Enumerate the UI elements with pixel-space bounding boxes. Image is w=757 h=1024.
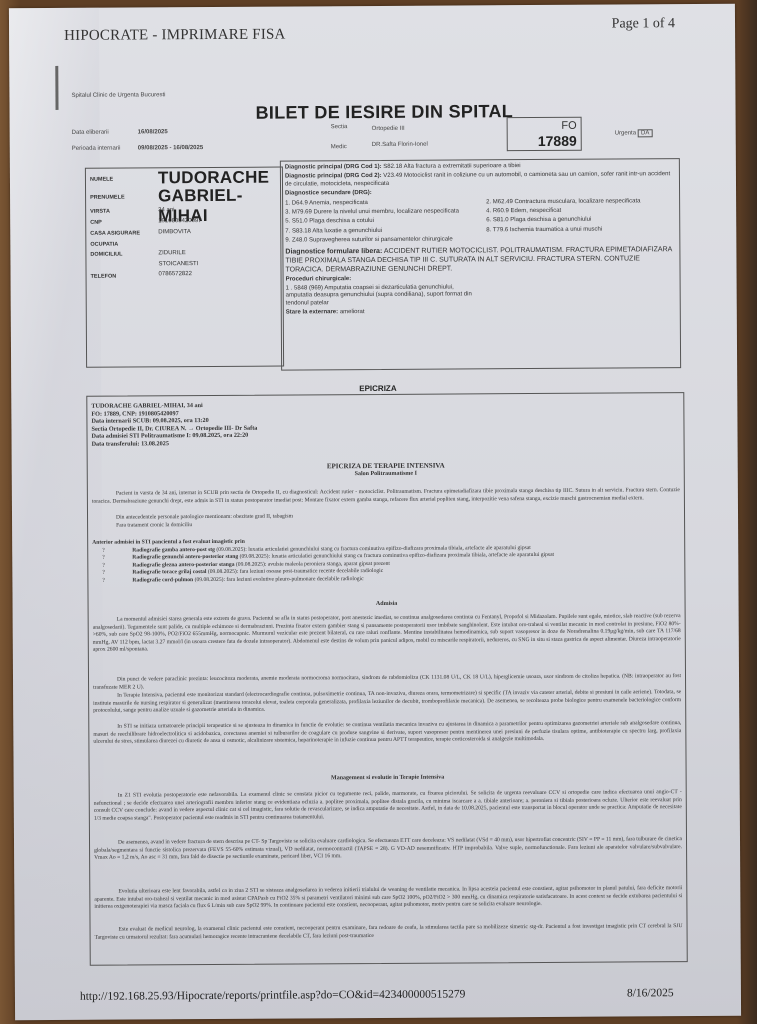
footer-url: http://192.168.25.93/Hipocrate/reports/p… xyxy=(80,988,465,1002)
urgency: UrgentaDA xyxy=(615,130,653,136)
binder-mark xyxy=(55,66,58,110)
admission-paragraph: La momentul admisiei starea generala est… xyxy=(93,613,681,654)
secondary-diagnostic: 9. Z48.0 Supravegherea suturilor si pans… xyxy=(285,237,474,246)
admission-paragraph: In Terapie Intensiva, pacientul este mon… xyxy=(93,689,681,715)
field-label: OCUPATIA xyxy=(90,242,118,248)
field-label: TELEFON xyxy=(91,274,117,280)
field-label: PRENUMELE xyxy=(90,195,125,201)
secondary-diagnostic: 3. M79.69 Durere la nivelul unui membru,… xyxy=(285,208,474,217)
imaging-list: Anterior admisiei in STI pancientul a fo… xyxy=(92,536,680,585)
epicriza-header: TUDORACHE GABRIEL-MIHAI, 34 ani FO: 1788… xyxy=(91,402,257,448)
procedures: 1 . 5848 (969) Amputatia coapsei si deza… xyxy=(286,284,481,307)
period: 09/08/2025 - 16/08/2025 xyxy=(138,145,203,151)
management-paragraph: Este evaluat de medicul neurolog, la exa… xyxy=(95,923,683,942)
page-indicator: Page 1 of 4 xyxy=(612,16,675,32)
epicriza-box: TUDORACHE GABRIEL-MIHAI, 34 ani FO: 1788… xyxy=(86,392,687,966)
fo-label: FO xyxy=(508,120,577,133)
app-title: HIPOCRATE - IMPRIMARE FISA xyxy=(64,27,286,45)
secondary-diagnostic xyxy=(486,235,675,244)
fo-number: 17889 xyxy=(508,133,577,149)
diagnostics-box: Diagnostic principal (DRG Cod 1): S82.18… xyxy=(280,158,681,370)
intro-paragraph: Pacient in varsta de 34 ani, internat in… xyxy=(92,487,680,506)
field-label: NUMELE xyxy=(90,177,113,183)
secondary-diagnostic: 6. S81.0 Plaga deschisa a genunchiului xyxy=(486,217,675,226)
field-label: VIRSTA xyxy=(90,209,110,215)
doctor: DR.Safta Florin-Ionel xyxy=(372,142,428,148)
field-label: DOMICILIUL xyxy=(90,252,122,258)
secondary-diagnostic: 4. R60.9 Edem, nespecificat xyxy=(486,207,675,216)
section: Ortopedie III xyxy=(372,126,405,132)
document-title: BILET DE IESIRE DIN SPITAL xyxy=(255,101,513,124)
management-title: Management si evolutie in Terapie Intens… xyxy=(90,773,686,783)
patient-phone: 0786572822 xyxy=(159,271,192,277)
footer-date: 8/16/2025 xyxy=(627,987,674,999)
management-paragraph: De asemenea, avand in vedere fractura de… xyxy=(94,836,682,862)
printed-page: HIPOCRATE - IMPRIMARE FISA Page 1 of 4 S… xyxy=(9,4,741,1020)
secondary-diagnostics-label: Diagnostice secundare (DRG): xyxy=(285,188,675,198)
admission-title: Admisia xyxy=(89,599,685,609)
management-paragraph: Evolutia ulterioara este lent favorabila… xyxy=(94,885,682,911)
secondary-diagnostic: 7. S83.18 Alta luxatie a genunchiului xyxy=(285,227,474,236)
hospital-name: Spitalul Clinic de Urgenta Bucuresti xyxy=(71,92,165,99)
secondary-diagnostics-list: 1. D64.9 Anemia, nespecificata 2. M62.49… xyxy=(285,198,675,245)
diagnostic-principal-2: Diagnostic principal (DRG Cod 2): V23.49… xyxy=(285,172,675,189)
patient-info-box: NUMELE TUDORACHE PRENUMELE GABRIEL-MIHAI… xyxy=(85,167,284,368)
section-label: Sectia xyxy=(331,124,348,130)
field-label: CASA ASIGURARE xyxy=(90,230,140,236)
doctor-label: Medic xyxy=(331,144,347,150)
free-form-diagnostics: Diagnostice formulare libera: ACCIDENT R… xyxy=(285,245,675,274)
secondary-diagnostic: 5. S51.0 Plaga deschisa a cotului xyxy=(285,218,474,227)
secondary-diagnostic: 1. D64.9 Anemia, nespecificata xyxy=(285,199,474,208)
secondary-diagnostic: 2. M62.49 Contractura musculara, localiz… xyxy=(486,198,675,207)
diagnostic-principal-1: Diagnostic principal (DRG Cod 1): S82.18… xyxy=(285,162,675,172)
field-label: CNP xyxy=(90,220,102,226)
patient-insurance: DIMBOVITA xyxy=(158,229,191,235)
patient-cnp: 1910805420097 xyxy=(158,218,201,224)
urgency-value: DA xyxy=(638,129,652,137)
procedures-label: Proceduri chirurgicale: xyxy=(286,274,676,284)
patient-address-2: STOICANESTI xyxy=(158,261,198,267)
release-date-label: Data eliberarii xyxy=(72,130,109,136)
period-label: Perioada internarii xyxy=(72,146,121,152)
fo-box: FO 17889 xyxy=(507,117,582,151)
urgency-label: Urgenta xyxy=(615,130,636,136)
epicriza-title: EPICRIZA xyxy=(359,384,396,393)
release-date: 16/08/2025 xyxy=(138,129,168,135)
management-paragraph: In Z1 STI evolutia postoperatorie este n… xyxy=(94,789,682,823)
patient-address-1: ZIDURILE xyxy=(158,250,185,256)
patient-age: 34 ani xyxy=(158,207,174,213)
discharge-status: Stare la externare: ameliorat xyxy=(286,307,676,317)
admission-paragraph: In STI se initiaza urmatoarele principii… xyxy=(93,720,681,746)
secondary-diagnostic: 8. T79.6 Ischemia traumatica a unui musc… xyxy=(486,226,675,235)
